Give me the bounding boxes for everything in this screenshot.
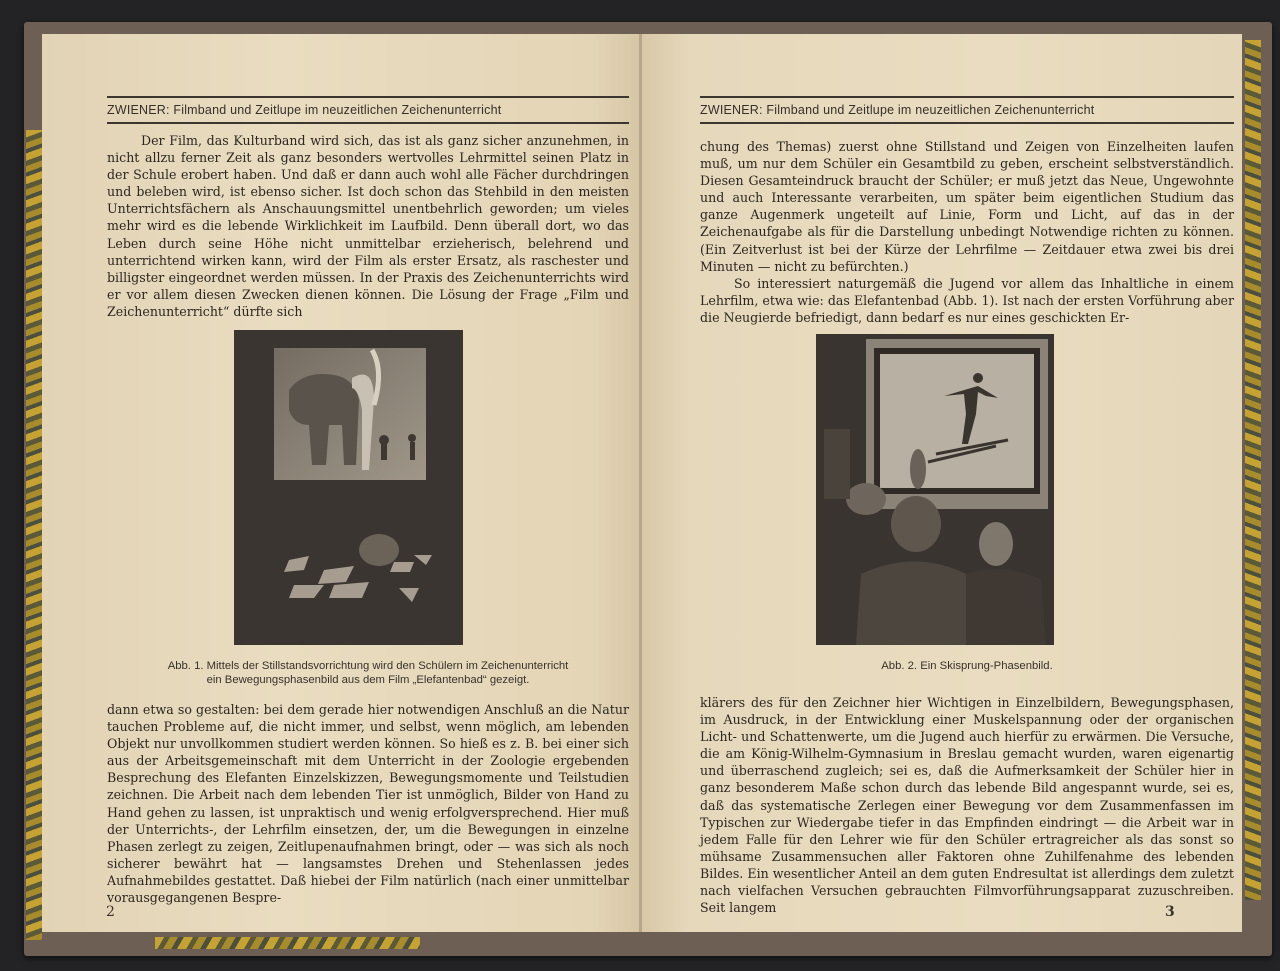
left-paragraph-1: Der Film, das Kulturband wird sich, das … (107, 132, 629, 320)
right-text-top: chung des Themas) zuerst ohne Stillstand… (700, 138, 1234, 326)
figure-elephant-bath (234, 330, 463, 645)
ski-jump-photo-icon (816, 334, 1054, 645)
marbled-endpaper-left (26, 130, 42, 940)
left-text-bottom: dann etwa so gestalten: bei dem gerade h… (107, 701, 629, 906)
right-paragraph-2: So interessiert naturgemäß die Jugend vo… (700, 275, 1234, 326)
right-paragraph-3: klärers des für den Zeichner hier Wichti… (700, 694, 1234, 916)
left-page: ZWIENER: Filmband und Zeitlupe im neuzei… (42, 34, 640, 932)
elephant-film-photo-icon (234, 330, 463, 645)
page-number-left: 2 (106, 904, 115, 920)
figure-1-caption: Abb. 1. Mittels der Stillstandsvorrichtu… (107, 660, 629, 687)
figure-1-caption-line-2: ein Bewegungsphasenbild aus dem Film „El… (107, 674, 629, 688)
figure-ski-jump (816, 334, 1054, 645)
right-page: ZWIENER: Filmband und Zeitlupe im neuzei… (642, 34, 1242, 932)
figure-1-caption-line-1: Abb. 1. Mittels der Stillstandsvorrichtu… (107, 660, 629, 674)
left-text-top: Der Film, das Kulturband wird sich, das … (107, 132, 629, 320)
left-paragraph-2: dann etwa so gestalten: bei dem gerade h… (107, 701, 629, 906)
marbled-endpaper-right (1245, 40, 1261, 900)
page-number-right: 3 (1165, 904, 1175, 920)
running-head-left: ZWIENER: Filmband und Zeitlupe im neuzei… (107, 96, 629, 124)
marbled-endpaper-bottom (155, 937, 420, 949)
right-paragraph-1: chung des Themas) zuerst ohne Stillstand… (700, 138, 1234, 275)
running-head-right: ZWIENER: Filmband und Zeitlupe im neuzei… (700, 96, 1234, 124)
figure-2-caption: Abb. 2. Ein Skisprung-Phasenbild. (700, 660, 1234, 674)
right-text-bottom: klärers des für den Zeichner hier Wichti… (700, 694, 1234, 916)
